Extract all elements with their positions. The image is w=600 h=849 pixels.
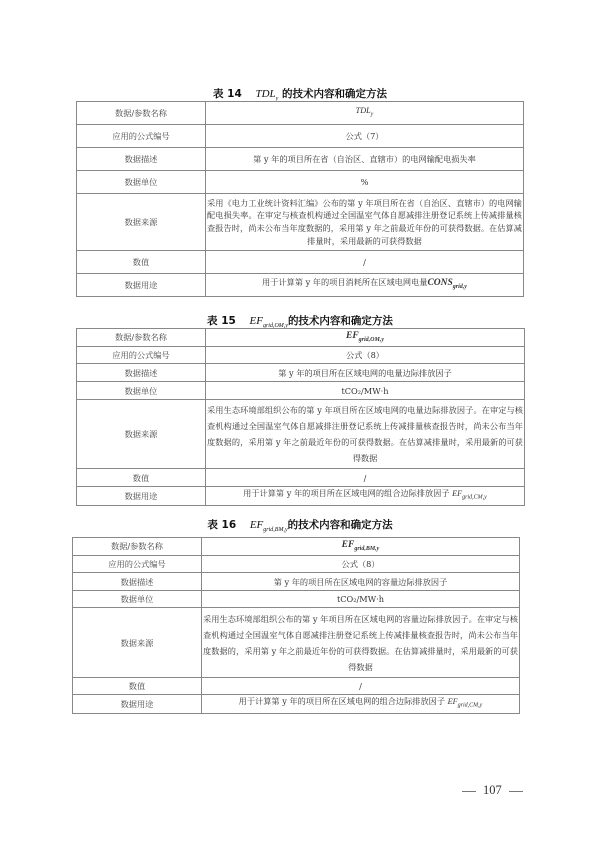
table-row: 数据描述 第 y 年的项目所在区域电网的电量边际排放因子: [77, 364, 525, 382]
table-15: 数据/参数名称 EFgrid,OM,y 应用的公式编号 公式（8） 数据描述 第…: [76, 328, 525, 506]
caption-text: 的技术内容和确定方法: [288, 315, 393, 327]
table-row: 应用的公式编号 公式（8）: [73, 556, 520, 573]
row-label: 数据单位: [77, 171, 206, 194]
table-number: 表 14: [213, 88, 242, 100]
row-value: 采用《电力工业统计资料汇编》公布的第 y 年项目所在省（自治区、直辖市）的电网输…: [206, 194, 524, 251]
row-label: 数据/参数名称: [77, 329, 206, 347]
row-value: 公式（8）: [206, 347, 525, 364]
row-value: /: [206, 251, 524, 274]
table-row: 数据单位 %: [77, 171, 524, 194]
row-label: 数据用途: [77, 274, 206, 297]
row-value: 用于计算第 y 年的项目所在区域电网的组合边际排放因子 EFgrid,CM,y: [206, 487, 525, 505]
row-label: 数据来源: [77, 400, 206, 469]
row-label: 数据单位: [73, 591, 202, 608]
row-value: %: [206, 171, 524, 194]
row-label: 数据来源: [77, 194, 206, 251]
row-value: EFgrid,BM,y: [202, 538, 520, 556]
row-label: 应用的公式编号: [77, 347, 206, 364]
row-value: 公式（8）: [202, 556, 520, 573]
table-16-caption: 表 16 EFgrid,BM,y的技术内容和确定方法: [0, 517, 600, 533]
row-label: 数据用途: [73, 695, 202, 713]
table-row: 数据描述 第 y 年的项目所在省（自治区、直辖市）的电网输配电损失率: [77, 148, 524, 171]
dash-decoration: [509, 791, 523, 792]
row-value: 第 y 年的项目所在区域电网的容量边际排放因子: [202, 573, 520, 591]
row-label: 数据用途: [77, 487, 206, 505]
row-label: 数值: [77, 251, 206, 274]
row-label: 应用的公式编号: [77, 125, 206, 148]
table-row: 数据/参数名称 EFgrid,BM,y: [73, 538, 520, 556]
table-row: 数值 /: [73, 678, 520, 695]
row-value: 用于计算第 y 年的项目消耗所在区域电网电量CONSgrid,y: [206, 274, 524, 297]
parameter-symbol: EFgrid,OM,y: [249, 315, 287, 327]
row-value: /: [206, 469, 525, 487]
table-row: 数值 /: [77, 469, 525, 487]
table-16: 数据/参数名称 EFgrid,BM,y 应用的公式编号 公式（8） 数据描述 第…: [72, 537, 520, 714]
table-row: 数据描述 第 y 年的项目所在区域电网的容量边际排放因子: [73, 573, 520, 591]
table-15-caption: 表 15 EFgrid,OM,y的技术内容和确定方法: [0, 313, 600, 329]
table-row: 数据用途 用于计算第 y 年的项目消耗所在区域电网电量CONSgrid,y: [77, 274, 524, 297]
parameter-symbol: EFgrid,BM,y: [250, 519, 288, 531]
row-value: 第 y 年的项目所在省（自治区、直辖市）的电网输配电损失率: [206, 148, 524, 171]
row-label: 数值: [77, 469, 206, 487]
row-value: 采用生态环境部组织公布的第 y 年项目所在区域电网的容量边际排放因子。在审定与核…: [202, 608, 520, 678]
table-row: 数据/参数名称 EFgrid,OM,y: [77, 329, 525, 347]
row-label: 数值: [73, 678, 202, 695]
row-value: 用于计算第 y 年的项目所在区域电网的组合边际排放因子 EFgrid,CM,y: [202, 695, 520, 713]
table-number: 表 15: [207, 315, 236, 327]
row-value: EFgrid,OM,y: [206, 329, 525, 347]
table-row: 应用的公式编号 公式（8）: [77, 347, 525, 364]
dash-decoration: [462, 791, 476, 792]
row-label: 应用的公式编号: [73, 556, 202, 573]
table-number: 表 16: [207, 519, 236, 531]
row-value: 采用生态环境部组织公布的第 y 年项目所在区域电网的电量边际排放因子。在审定与核…: [206, 400, 525, 469]
row-label: 数据描述: [77, 364, 206, 382]
table-row: 数据来源 采用生态环境部组织公布的第 y 年项目所在区域电网的容量边际排放因子。…: [73, 608, 520, 678]
row-label: 数据来源: [73, 608, 202, 678]
row-label: 数据描述: [77, 148, 206, 171]
table-row: 数据来源 采用《电力工业统计资料汇编》公布的第 y 年项目所在省（自治区、直辖市…: [77, 194, 524, 251]
row-value: tCO₂/MW·h: [206, 382, 525, 400]
row-value: TDLy: [206, 102, 524, 125]
row-label: 数据描述: [73, 573, 202, 591]
row-value: 第 y 年的项目所在区域电网的电量边际排放因子: [206, 364, 525, 382]
caption-text: 的技术内容和确定方法: [288, 519, 393, 531]
page-number: 107: [455, 783, 530, 798]
table-row: 数值 /: [77, 251, 524, 274]
row-label: 数据/参数名称: [73, 538, 202, 556]
table-row: 数据/参数名称 TDLy: [77, 102, 524, 125]
caption-text: 的技术内容和确定方法: [282, 88, 387, 100]
table-row: 数据单位 tCO₂/MW·h: [77, 382, 525, 400]
row-label: 数据单位: [77, 382, 206, 400]
row-value: /: [202, 678, 520, 695]
table-row: 数据用途 用于计算第 y 年的项目所在区域电网的组合边际排放因子 EFgrid,…: [73, 695, 520, 713]
parameter-symbol: TDLy: [255, 88, 278, 100]
row-value: tCO₂/MW·h: [202, 591, 520, 608]
row-label: 数据/参数名称: [77, 102, 206, 125]
row-value: 公式（7）: [206, 125, 524, 148]
table-row: 数据单位 tCO₂/MW·h: [73, 591, 520, 608]
table-14: 数据/参数名称 TDLy 应用的公式编号 公式（7） 数据描述 第 y 年的项目…: [76, 101, 524, 297]
table-row: 数据来源 采用生态环境部组织公布的第 y 年项目所在区域电网的电量边际排放因子。…: [77, 400, 525, 469]
table-row: 数据用途 用于计算第 y 年的项目所在区域电网的组合边际排放因子 EFgrid,…: [77, 487, 525, 505]
table-row: 应用的公式编号 公式（7）: [77, 125, 524, 148]
table-14-caption: 表 14 TDLy 的技术内容和确定方法: [0, 86, 600, 102]
